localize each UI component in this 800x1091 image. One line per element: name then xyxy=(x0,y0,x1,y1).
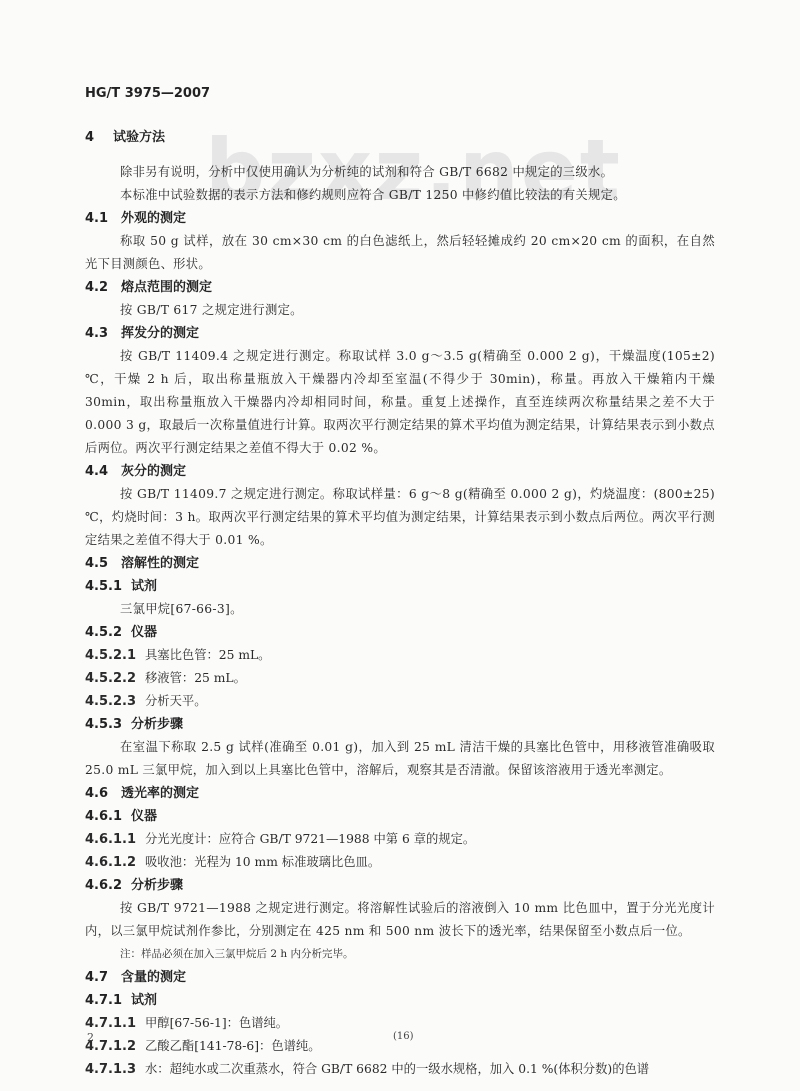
heading-4-6-2: 4.6.2分析步骤 xyxy=(85,874,715,897)
clause-title: 透光率的测定 xyxy=(121,786,199,801)
document-page: HG/T 3975—2007 4试验方法 除非另有说明，分析中仅使用确认为分析纯… xyxy=(0,0,800,1091)
item-text: 水：超纯水或二次重蒸水，符合 GB/T 6682 中的一级水规格，加入 0.1 … xyxy=(145,1062,649,1076)
heading-4-1: 4.1外观的测定 xyxy=(85,207,715,230)
clause-title: 溶解性的测定 xyxy=(121,556,199,571)
clause-number: 4.5 xyxy=(85,552,121,575)
paragraph-4-1: 称取 50 g 试样，放在 30 cm×30 cm 的白色滤纸上，然后轻轻摊成约… xyxy=(85,230,715,276)
item-text: 具塞比色管：25 mL。 xyxy=(145,648,270,662)
item-number: 4.7.1.2 xyxy=(85,1035,145,1058)
section-title: 试验方法 xyxy=(113,130,165,145)
clause-title: 灰分的测定 xyxy=(121,464,186,479)
item-text: 甲醇[67-56-1]：色谱纯。 xyxy=(145,1016,288,1030)
item-number: 4.6.1.2 xyxy=(85,851,145,874)
item-number: 4.7.1.3 xyxy=(85,1058,145,1081)
heading-4-3: 4.3挥发分的测定 xyxy=(85,322,715,345)
clause-title: 试剂 xyxy=(131,993,157,1008)
paragraph-4-6-2: 按 GB/T 9721—1988 之规定进行测定。将溶解性试验后的溶液倒入 10… xyxy=(85,897,715,943)
paragraph-4-4: 按 GB/T 11409.7 之规定进行测定。称取试样量：6 g～8 g(精确至… xyxy=(85,483,715,552)
clause-number: 4.6 xyxy=(85,782,121,805)
clause-number: 4.5.2 xyxy=(85,621,131,644)
heading-4-6: 4.6透光率的测定 xyxy=(85,782,715,805)
standard-code-header: HG/T 3975—2007 xyxy=(85,86,210,101)
intro-paragraph-2: 本标准中试验数据的表示方法和修约规则应符合 GB/T 1250 中修约值比较法的… xyxy=(85,184,715,207)
heading-4-4: 4.4灰分的测定 xyxy=(85,460,715,483)
item-number: 4.7.1.1 xyxy=(85,1012,145,1035)
clause-title: 仪器 xyxy=(131,809,157,824)
heading-4-7: 4.7含量的测定 xyxy=(85,966,715,989)
paragraph-4-3: 按 GB/T 11409.4 之规定进行测定。称取试样 3.0 g～3.5 g(… xyxy=(85,345,715,460)
section-number: 4 xyxy=(85,126,113,149)
clause-title: 仪器 xyxy=(131,625,157,640)
item-4-5-2-3: 4.5.2.3分析天平。 xyxy=(85,690,715,713)
clause-title: 挥发分的测定 xyxy=(121,326,199,341)
document-body: 4试验方法 除非另有说明，分析中仅使用确认为分析纯的试剂和符合 GB/T 668… xyxy=(85,126,715,1081)
clause-number: 4.3 xyxy=(85,322,121,345)
clause-title: 熔点范围的测定 xyxy=(121,280,212,295)
item-text: 吸收池：光程为 10 mm 标准玻璃比色皿。 xyxy=(145,855,380,869)
item-number: 4.5.2.1 xyxy=(85,644,145,667)
sheet-number: (16) xyxy=(393,1031,414,1042)
heading-4-5-1: 4.5.1试剂 xyxy=(85,575,715,598)
clause-title: 含量的测定 xyxy=(121,970,186,985)
paragraph-4-5-3: 在室温下称取 2.5 g 试样(准确至 0.01 g)，加入到 25 mL 清洁… xyxy=(85,736,715,782)
item-text: 分析天平。 xyxy=(145,694,207,708)
clause-title: 试剂 xyxy=(131,579,157,594)
clause-number: 4.4 xyxy=(85,460,121,483)
item-number: 4.6.1.1 xyxy=(85,828,145,851)
clause-number: 4.5.3 xyxy=(85,713,131,736)
page-number: 2 xyxy=(87,1031,94,1044)
clause-number: 4.6.2 xyxy=(85,874,131,897)
section-heading-4: 4试验方法 xyxy=(85,126,715,149)
clause-number: 4.7.1 xyxy=(85,989,131,1012)
item-text: 乙酸乙酯[141-78-6]：色谱纯。 xyxy=(145,1039,321,1053)
paragraph-4-2: 按 GB/T 617 之规定进行测定。 xyxy=(85,299,715,322)
clause-number: 4.2 xyxy=(85,276,121,299)
item-text: 移液管：25 mL。 xyxy=(145,671,246,685)
heading-4-5: 4.5溶解性的测定 xyxy=(85,552,715,575)
item-number: 4.5.2.2 xyxy=(85,667,145,690)
item-text: 分光光度计：应符合 GB/T 9721—1988 中第 6 章的规定。 xyxy=(145,832,475,846)
clause-number: 4.6.1 xyxy=(85,805,131,828)
item-4-7-1-3: 4.7.1.3水：超纯水或二次重蒸水，符合 GB/T 6682 中的一级水规格，… xyxy=(85,1058,715,1081)
clause-title: 分析步骤 xyxy=(131,878,183,893)
heading-4-5-3: 4.5.3分析步骤 xyxy=(85,713,715,736)
clause-number: 4.1 xyxy=(85,207,121,230)
note-4-6-2: 注：样品必须在加入三氯甲烷后 2 h 内分析完毕。 xyxy=(85,943,715,966)
item-4-6-1-1: 4.6.1.1分光光度计：应符合 GB/T 9721—1988 中第 6 章的规… xyxy=(85,828,715,851)
heading-4-2: 4.2熔点范围的测定 xyxy=(85,276,715,299)
clause-title: 外观的测定 xyxy=(121,211,186,226)
heading-4-5-2: 4.5.2仪器 xyxy=(85,621,715,644)
clause-title: 分析步骤 xyxy=(131,717,183,732)
clause-number: 4.5.1 xyxy=(85,575,131,598)
heading-4-6-1: 4.6.1仪器 xyxy=(85,805,715,828)
item-4-5-2-1: 4.5.2.1具塞比色管：25 mL。 xyxy=(85,644,715,667)
item-4-6-1-2: 4.6.1.2吸收池：光程为 10 mm 标准玻璃比色皿。 xyxy=(85,851,715,874)
paragraph-4-5-1: 三氯甲烷[67-66-3]。 xyxy=(85,598,715,621)
intro-paragraph-1: 除非另有说明，分析中仅使用确认为分析纯的试剂和符合 GB/T 6682 中规定的… xyxy=(85,161,715,184)
item-number: 4.5.2.3 xyxy=(85,690,145,713)
clause-number: 4.7 xyxy=(85,966,121,989)
item-4-5-2-2: 4.5.2.2移液管：25 mL。 xyxy=(85,667,715,690)
heading-4-7-1: 4.7.1试剂 xyxy=(85,989,715,1012)
